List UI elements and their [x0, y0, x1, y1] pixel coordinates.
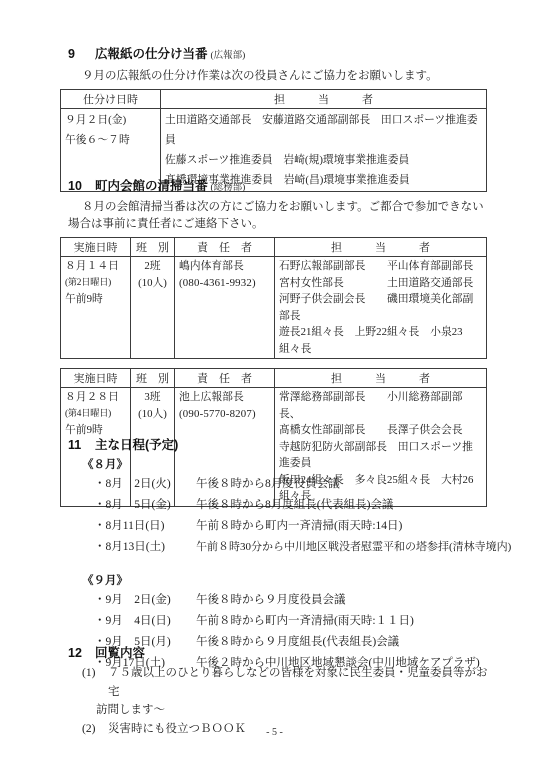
group-size: (10人) — [135, 275, 170, 292]
header-manager: 責 任 者 — [175, 238, 275, 257]
section-11-number: 11 — [68, 437, 95, 453]
schedule-date: ・8月 2日(火) — [94, 474, 186, 495]
cell-members: 石野広報部副部長 平山体育部副部長 宮村女性部長 土田道路交通部長 河野子供会副… — [275, 257, 487, 359]
document-page: 9 広報紙の仕分け当番 (広報部) ９月の広報紙の仕分け作業は次の役員さんにご協… — [0, 0, 549, 776]
member-line: 常澤総務部副部長 小川総務部副部長、 — [279, 389, 482, 422]
member-line: 河野子供会副会長 磯田環境美化部副部長 — [279, 291, 482, 324]
item-text-continued: 訪問します～ — [96, 701, 489, 720]
month-label-august: 《８月》 — [82, 457, 489, 474]
manager-name: 池上広報部長 — [179, 389, 270, 406]
duty-time: 午後６～７時 — [65, 130, 156, 150]
section-12-heading: 12 回覧内容 — [68, 645, 489, 661]
section-11-title: 主な日程(予定) — [95, 437, 178, 453]
header-persons: 担 当 者 — [275, 238, 487, 257]
duty-time: 午前9時 — [65, 291, 126, 308]
item-number: (1) — [82, 664, 108, 701]
cell-date: ８月１４日 (第2日曜日) 午前9時 — [61, 257, 131, 359]
section-10-intro: ８月の会館清掃当番は次の方にご協力をお願いします。ご都合で参加できない 場合は事… — [68, 199, 489, 233]
member-line: 土田道路交通部長 安藤道路交通部副部長 田口スポーツ推進委員 — [165, 110, 482, 150]
duty-weekday: (第4日曜日) — [65, 406, 126, 423]
item-text: ７５歳以上のひとり暮らしなどの皆様を対象に民生委員・児童委員等がお宅 — [108, 664, 489, 701]
schedule-item: ・8月11日(日) 午前８時から町内一斉清掃(雨天時:14日) — [94, 516, 489, 537]
intro-line: 場合は事前に責任者にご連絡下さい。 — [68, 216, 489, 233]
circular-item: (1) ７５歳以上のひとり暮らしなどの皆様を対象に民生委員・児童委員等がお宅 — [68, 664, 489, 701]
schedule-item: ・9月 4日(日) 午前８時から町内一斉清掃(雨天時:１１日) — [94, 611, 489, 632]
manager-phone: (080-4361-9932) — [179, 275, 270, 292]
schedule-august: ・8月 2日(火) 午後８時から8月度役員会議 ・8月 5日(金) 午後８時から… — [94, 474, 489, 558]
header-datetime: 仕分け日時 — [61, 90, 161, 109]
schedule-desc: 午後８時から8月度組長(代表組長)会議 — [196, 495, 393, 516]
schedule-item: ・8月 2日(火) 午後８時から8月度役員会議 — [94, 474, 489, 495]
group-number: 2班 — [135, 258, 170, 275]
header-persons: 担 当 者 — [161, 90, 487, 109]
header-date: 実施日時 — [61, 238, 131, 257]
member-line: 佐藤スポーツ推進委員 岩崎(規)環境事業推進委員 — [165, 150, 482, 170]
schedule-date: ・8月13日(土) — [94, 537, 186, 558]
schedule-item: ・8月13日(土) 午前８時30分から中川地区戦没者慰霊平和の塔参拝(清林寺境内… — [94, 537, 489, 558]
group-number: 3班 — [135, 389, 170, 406]
page-number: - 5 - — [0, 727, 549, 738]
cell-manager: 嶋内体育部長 (080-4361-9932) — [175, 257, 275, 359]
sorting-duty-table: 仕分け日時 担 当 者 ９月２日(金) 午後６～７時 土田道路交通部長 安藤道路… — [60, 89, 487, 192]
schedule-desc: 午後８時から９月度役員会議 — [196, 590, 346, 611]
member-line: 遊長21組々長 上野22組々長 小泉23組々長 — [279, 324, 482, 357]
duty-date: ８月２８日 — [65, 389, 126, 406]
duty-date: ９月２日(金) — [65, 110, 156, 130]
table-header-row: 仕分け日時 担 当 者 — [61, 90, 487, 109]
schedule-item: ・8月 5日(金) 午後８時から8月度組長(代表組長)会議 — [94, 495, 489, 516]
section-sorting-duty: 9 広報紙の仕分け当番 (広報部) ９月の広報紙の仕分け作業は次の役員さんにご協… — [68, 46, 489, 192]
section-10-title: 町内会館の清掃当番 — [95, 178, 208, 194]
section-12-number: 12 — [68, 645, 95, 661]
section-10-heading: 10 町内会館の清掃当番 (総務部) — [68, 178, 489, 196]
section-9-title: 広報紙の仕分け当番 — [95, 46, 208, 62]
schedule-desc: 午前８時30分から中川地区戦没者慰霊平和の塔参拝(清林寺境内) — [196, 537, 511, 558]
duty-date: ８月１４日 — [65, 258, 126, 275]
cell-group: 2班 (10人) — [131, 257, 175, 359]
schedule-desc: 午後８時から8月度役員会議 — [196, 474, 340, 495]
header-date: 実施日時 — [61, 369, 131, 388]
cleaning-duty-table-1: 実施日時 班 別 責 任 者 担 当 者 ８月１４日 (第2日曜日) 午前9時 … — [60, 237, 487, 359]
schedule-item: ・9月 2日(金) 午後８時から９月度役員会議 — [94, 590, 489, 611]
group-size: (10人) — [135, 406, 170, 423]
manager-name: 嶋内体育部長 — [179, 258, 270, 275]
header-group: 班 別 — [131, 238, 175, 257]
section-schedule: 11 主な日程(予定) 《８月》 ・8月 2日(火) 午後８時から8月度役員会議… — [68, 437, 489, 674]
header-persons: 担 当 者 — [275, 369, 487, 388]
header-group: 班 別 — [131, 369, 175, 388]
section-10-number: 10 — [68, 178, 95, 194]
section-11-heading: 11 主な日程(予定) — [68, 437, 489, 453]
section-circular-contents: 12 回覧内容 (1) ７５歳以上のひとり暮らしなどの皆様を対象に民生委員・児童… — [68, 645, 489, 738]
section-9-department: (広報部) — [211, 48, 246, 64]
table-header-row: 実施日時 班 別 責 任 者 担 当 者 — [61, 369, 487, 388]
table-header-row: 実施日時 班 別 責 任 者 担 当 者 — [61, 238, 487, 257]
member-line: 宮村女性部長 土田道路交通部長 — [279, 275, 482, 292]
schedule-desc: 午前８時から町内一斉清掃(雨天時:14日) — [196, 516, 402, 537]
schedule-date: ・8月 5日(金) — [94, 495, 186, 516]
section-9-intro: ９月の広報紙の仕分け作業は次の役員さんにご協力をお願いします。 — [82, 67, 489, 85]
duty-weekday: (第2日曜日) — [65, 275, 126, 292]
section-9-heading: 9 広報紙の仕分け当番 (広報部) — [68, 46, 489, 64]
intro-line: ８月の会館清掃当番は次の方にご協力をお願いします。ご都合で参加できない — [68, 199, 489, 216]
section-9-number: 9 — [68, 46, 95, 62]
schedule-date: ・8月11日(日) — [94, 516, 186, 537]
section-12-title: 回覧内容 — [95, 645, 145, 661]
schedule-date: ・9月 2日(金) — [94, 590, 186, 611]
month-label-september: 《９月》 — [82, 573, 489, 590]
header-manager: 責 任 者 — [175, 369, 275, 388]
member-line: 石野広報部副部長 平山体育部副部長 — [279, 258, 482, 275]
section-10-department: (総務部) — [211, 180, 246, 196]
table-row: ８月１４日 (第2日曜日) 午前9時 2班 (10人) 嶋内体育部長 (080-… — [61, 257, 487, 359]
schedule-desc: 午前８時から町内一斉清掃(雨天時:１１日) — [196, 611, 414, 632]
manager-phone: (090-5770-8207) — [179, 406, 270, 423]
schedule-date: ・9月 4日(日) — [94, 611, 186, 632]
